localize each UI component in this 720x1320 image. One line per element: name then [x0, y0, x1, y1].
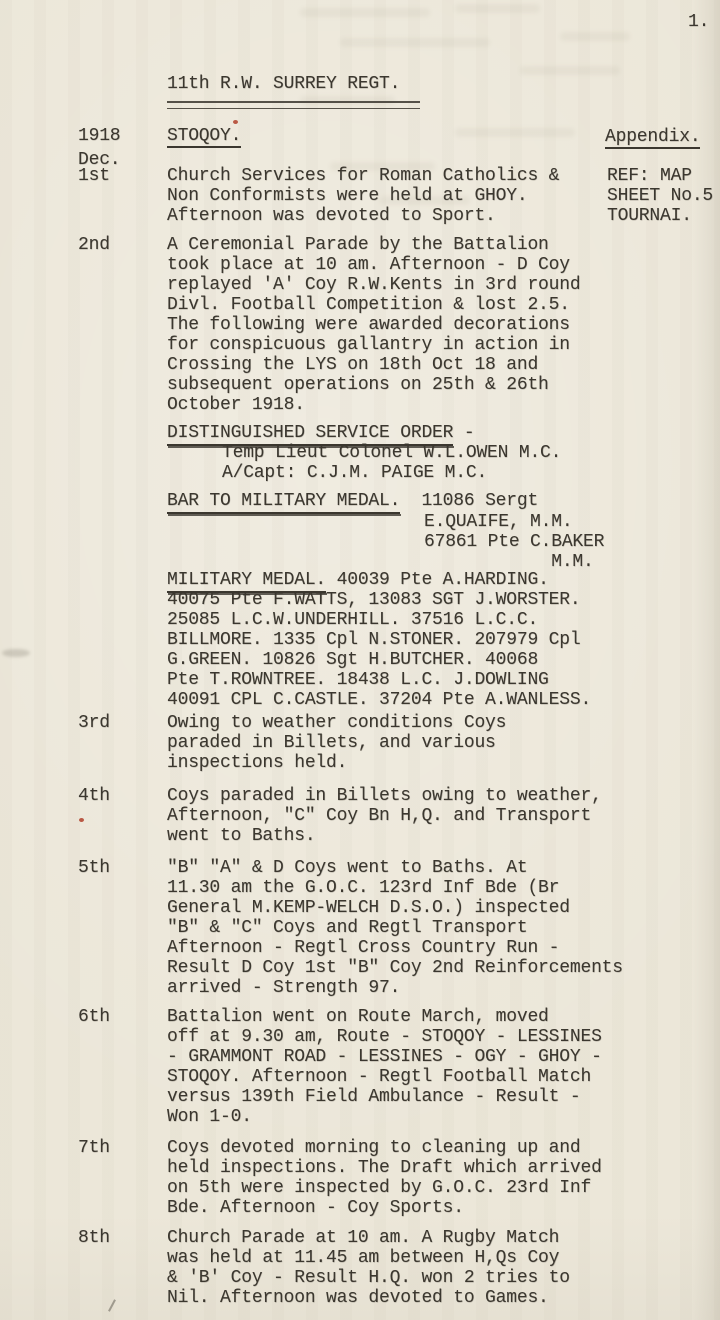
entry-date: 7th — [78, 1138, 110, 1158]
war-diary-page: 1. 11th R.W. SURREY REGT. 1918 Dec. STOQ… — [0, 0, 720, 1320]
dso-recipients: Temp Lieut Colonel W.L.OWEN M.C. A/Capt:… — [222, 443, 561, 483]
entry-date: 4th — [78, 786, 110, 806]
appendix-heading: Appendix. — [605, 127, 700, 147]
ghost-impression — [340, 38, 490, 47]
entry-date: 5th — [78, 858, 110, 878]
red-dot-annotation — [233, 120, 238, 124]
diary-entry: 8th Church Parade at 10 am. A Rugby Matc… — [0, 1228, 720, 1308]
ghost-impression — [300, 8, 430, 17]
bar-mm-heading-text: BAR TO MILITARY MEDAL. — [167, 491, 400, 514]
mm-heading-suffix: 40039 Pte A.HARDING. — [326, 570, 549, 590]
ghost-impression — [520, 66, 620, 75]
diary-entry: 5th "B" "A" & D Coys went to Baths. At 1… — [0, 858, 720, 938]
entry-text: A Ceremonial Parade by the Battalion too… — [167, 235, 580, 415]
entry-text: Church Parade at 10 am. A Rugby Match wa… — [167, 1228, 570, 1308]
entry-text: Coys devoted morning to cleaning up and … — [167, 1138, 602, 1218]
entry-date: 1st — [78, 166, 110, 186]
entry-text: Church Services for Roman Catholics & No… — [167, 166, 559, 226]
diary-entry: 1st Church Services for Roman Catholics … — [0, 166, 720, 246]
ghost-impression — [455, 128, 575, 137]
year-label: 1918 — [78, 126, 120, 146]
entry-text: Coys paraded in Billets owing to weather… — [167, 786, 602, 846]
document-title: 11th R.W. SURREY REGT. — [167, 74, 400, 94]
pencil-smudge — [2, 649, 30, 657]
entry-text: "B" "A" & D Coys went to Baths. At 11.30… — [167, 858, 623, 998]
appendix-heading-text: Appendix. — [605, 127, 700, 149]
entry-date: 3rd — [78, 713, 110, 733]
diary-entry: 3rd Owing to weather conditions Coys par… — [0, 713, 720, 793]
entry-text: Battalion went on Route March, moved off… — [167, 1007, 602, 1127]
entry-date: 2nd — [78, 235, 110, 255]
diary-entry: 4th Coys paraded in Billets owing to wea… — [0, 786, 720, 866]
diary-entry: 7th Coys devoted morning to cleaning up … — [0, 1138, 720, 1218]
entry-text: Owing to weather conditions Coys paraded… — [167, 713, 506, 773]
diary-entry: 2nd A Ceremonial Parade by the Battalion… — [0, 235, 720, 315]
title-rule — [167, 101, 420, 109]
bar-mm-heading-suffix: 11086 Sergt — [400, 491, 538, 511]
bar-mm-recipients: E.QUAIFE, M.M. 67861 Pte C.BAKER M.M. — [424, 512, 604, 572]
ghost-impression — [560, 32, 630, 41]
dso-heading-suffix: - — [453, 423, 474, 443]
bar-mm-heading: BAR TO MILITARY MEDAL. 11086 Sergt — [167, 491, 538, 514]
location-heading-text: STOQOY. — [167, 126, 241, 148]
entry-date: 8th — [78, 1228, 110, 1248]
mm-recipients: 40075 Pte F.WATTS, 13083 SGT J.WORSTER. … — [167, 590, 591, 710]
red-dot-annotation — [79, 818, 84, 822]
location-heading: STOQOY. — [167, 126, 241, 146]
diary-entry: 6th Battalion went on Route March, moved… — [0, 1007, 720, 1087]
ghost-impression — [455, 4, 540, 13]
page-number: 1. — [688, 12, 709, 32]
entry-date: 6th — [78, 1007, 110, 1027]
